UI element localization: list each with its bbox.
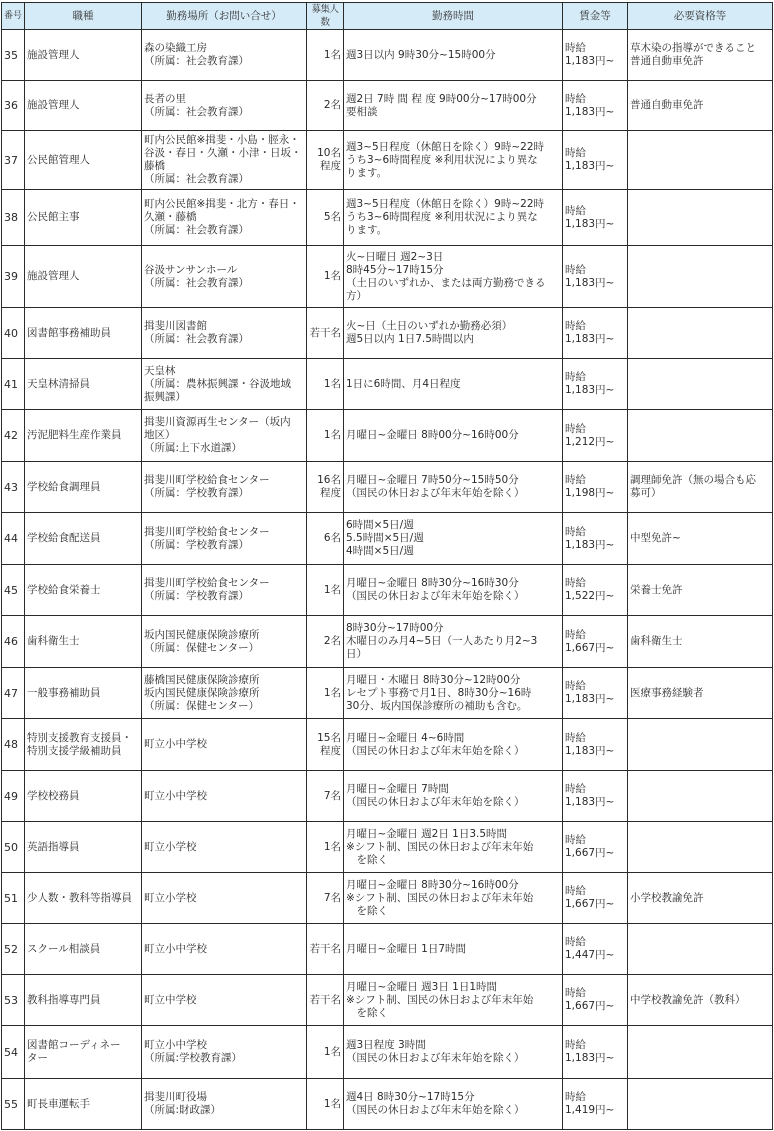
cell-requirements: 調理師免許（無の場合も応 募可） bbox=[628, 462, 773, 513]
cell-job-title: 汚泥肥料生産作業員 bbox=[25, 410, 142, 462]
cell-wage: 時給 1,183円~ bbox=[563, 131, 628, 190]
cell-number: 54 bbox=[2, 1026, 25, 1079]
cell-workplace: 揖斐川町学校給食センター （所属：学校教育課） bbox=[142, 462, 307, 513]
cell-workplace: 長者の里 （所属：社会教育課） bbox=[142, 81, 307, 131]
cell-wage: 時給 1,419円~ bbox=[563, 1079, 628, 1130]
table-row: 41天皇林清掃員天皇林 （所属：農林振興課・谷汲地域 振興課）1名1日に6時間、… bbox=[2, 359, 773, 410]
cell-number: 37 bbox=[2, 131, 25, 190]
cell-number: 44 bbox=[2, 513, 25, 565]
table-row: 54図書館コーディネー ター町立小中学校 （所属:学校教育課）1名週3日程度 3… bbox=[2, 1026, 773, 1079]
cell-openings: 1名 bbox=[307, 359, 344, 410]
cell-openings: 1名 bbox=[307, 30, 344, 81]
cell-job-title: 町長車運転手 bbox=[25, 1079, 142, 1130]
cell-job-title: 歯科衛生士 bbox=[25, 616, 142, 668]
cell-number: 49 bbox=[2, 771, 25, 822]
cell-number: 42 bbox=[2, 410, 25, 462]
cell-wage: 時給 1,522円~ bbox=[563, 565, 628, 616]
cell-work-hours: 火~日（土日のいずれか勤務必須） 週5日以内 1日7.5時間以内 bbox=[344, 308, 563, 359]
cell-number: 48 bbox=[2, 719, 25, 771]
table-header-row: 番号 職種 勤務場所（お問い合せ） 募集人数 勤務時間 賃金等 必要資格等 bbox=[2, 3, 773, 30]
cell-number: 53 bbox=[2, 975, 25, 1026]
cell-requirements: 中型免許~ bbox=[628, 513, 773, 565]
cell-number: 52 bbox=[2, 924, 25, 975]
table-body: 35施設管理人森の染織工房 （所属：社会教育課）1名週3日以内 9時30分~15… bbox=[2, 30, 773, 1130]
cell-number: 55 bbox=[2, 1079, 25, 1130]
cell-requirements bbox=[628, 246, 773, 308]
cell-requirements bbox=[628, 131, 773, 190]
header-number: 番号 bbox=[2, 3, 25, 30]
cell-work-hours: 6時間×5日/週 5.5時間×5日/週 4時間×5日/週 bbox=[344, 513, 563, 565]
cell-workplace: 藤橋国民健康保険診療所 坂内国民健康保険診療所 （所属：保健センター） bbox=[142, 668, 307, 719]
cell-openings: 若干名 bbox=[307, 924, 344, 975]
cell-workplace: 坂内国民健康保険診療所 （所属：保健センター） bbox=[142, 616, 307, 668]
cell-workplace: 町立小学校 bbox=[142, 822, 307, 873]
cell-workplace: 町立中学校 bbox=[142, 975, 307, 1026]
cell-number: 43 bbox=[2, 462, 25, 513]
cell-work-hours: 週3~5日程度（休館日を除く）9時~22時 うち3~6時間程度 ※利用状況により… bbox=[344, 131, 563, 190]
job-listing-table: 番号 職種 勤務場所（お問い合せ） 募集人数 勤務時間 賃金等 必要資格等 35… bbox=[1, 2, 773, 1130]
cell-job-title: 図書館コーディネー ター bbox=[25, 1026, 142, 1079]
cell-requirements bbox=[628, 410, 773, 462]
cell-requirements bbox=[628, 771, 773, 822]
cell-number: 45 bbox=[2, 565, 25, 616]
cell-openings: 若干名 bbox=[307, 975, 344, 1026]
cell-requirements: 歯科衛生士 bbox=[628, 616, 773, 668]
cell-workplace: 森の染織工房 （所属：社会教育課） bbox=[142, 30, 307, 81]
cell-work-hours: 月曜日~金曜日 7時50分~15時50分 （国民の休日および年末年始を除く） bbox=[344, 462, 563, 513]
table-row: 43学校給食調理員揖斐川町学校給食センター （所属：学校教育課）16名 程度月曜… bbox=[2, 462, 773, 513]
table-row: 36施設管理人長者の里 （所属：社会教育課）2名週2日 7時 間 程 度 9時0… bbox=[2, 81, 773, 131]
cell-openings: 1名 bbox=[307, 822, 344, 873]
cell-openings: 15名 程度 bbox=[307, 719, 344, 771]
cell-job-title: 図書館事務補助員 bbox=[25, 308, 142, 359]
cell-openings: 16名 程度 bbox=[307, 462, 344, 513]
cell-requirements bbox=[628, 308, 773, 359]
table-row: 55町長車運転手揖斐川町役場 （所属:財政課）1名週4日 8時30分~17時15… bbox=[2, 1079, 773, 1130]
cell-openings: 2名 bbox=[307, 81, 344, 131]
header-work-hours: 勤務時間 bbox=[344, 3, 563, 30]
cell-work-hours: 月曜日~金曜日 1日7時間 bbox=[344, 924, 563, 975]
cell-wage: 時給 1,447円~ bbox=[563, 924, 628, 975]
cell-number: 51 bbox=[2, 873, 25, 924]
cell-wage: 時給 1,183円~ bbox=[563, 359, 628, 410]
cell-job-title: 英語指導員 bbox=[25, 822, 142, 873]
cell-work-hours: 週3日程度 3時間 （国民の休日および年末年始を除く） bbox=[344, 1026, 563, 1079]
cell-workplace: 揖斐川町学校給食センター （所属：学校教育課） bbox=[142, 513, 307, 565]
cell-requirements: 栄養士免許 bbox=[628, 565, 773, 616]
table-row: 53教科指導専門員町立中学校若干名月曜日~金曜日 週3日 1日1時間 ※シフト制… bbox=[2, 975, 773, 1026]
cell-work-hours: 月曜日・木曜日 8時30分~12時00分 レセプト事務で月1日、8時30分~16… bbox=[344, 668, 563, 719]
table-row: 47一般事務補助員藤橋国民健康保険診療所 坂内国民健康保険診療所 （所属：保健セ… bbox=[2, 668, 773, 719]
cell-number: 35 bbox=[2, 30, 25, 81]
table-row: 49学校校務員町立小中学校7名月曜日~金曜日 7時間 （国民の休日および年末年始… bbox=[2, 771, 773, 822]
cell-number: 38 bbox=[2, 190, 25, 246]
cell-requirements: 医療事務経験者 bbox=[628, 668, 773, 719]
cell-openings: 7名 bbox=[307, 771, 344, 822]
cell-workplace: 町立小中学校 bbox=[142, 771, 307, 822]
cell-job-title: 施設管理人 bbox=[25, 30, 142, 81]
cell-requirements: 小学校教諭免許 bbox=[628, 873, 773, 924]
cell-number: 47 bbox=[2, 668, 25, 719]
cell-openings: 1名 bbox=[307, 410, 344, 462]
cell-job-title: 公民館管理人 bbox=[25, 131, 142, 190]
cell-requirements bbox=[628, 1079, 773, 1130]
cell-openings: 1名 bbox=[307, 668, 344, 719]
table-row: 46歯科衛生士坂内国民健康保険診療所 （所属：保健センター）2名8時30分~17… bbox=[2, 616, 773, 668]
table-row: 52スクール相談員町立小中学校若干名月曜日~金曜日 1日7時間 時給 1,447… bbox=[2, 924, 773, 975]
cell-workplace: 谷汲サンサンホール （所属：社会教育課） bbox=[142, 246, 307, 308]
cell-requirements: 中学校教諭免許（教科） bbox=[628, 975, 773, 1026]
cell-openings: 1名 bbox=[307, 1079, 344, 1130]
cell-requirements: 草木染の指導ができること 普通自動車免許 bbox=[628, 30, 773, 81]
cell-job-title: 一般事務補助員 bbox=[25, 668, 142, 719]
cell-job-title: 少人数・教科等指導員 bbox=[25, 873, 142, 924]
header-wage: 賃金等 bbox=[563, 3, 628, 30]
cell-work-hours: 月曜日~金曜日 7時間 （国民の休日および年末年始を除く） bbox=[344, 771, 563, 822]
table-row: 42汚泥肥料生産作業員揖斐川資源再生センター（坂内 地区） （所属:上下水道課）… bbox=[2, 410, 773, 462]
cell-wage: 時給 1,183円~ bbox=[563, 513, 628, 565]
cell-job-title: 学校給食栄養士 bbox=[25, 565, 142, 616]
cell-job-title: 公民館主事 bbox=[25, 190, 142, 246]
table-row: 51少人数・教科等指導員町立小学校7名月曜日~金曜日 8時30分~16時00分 … bbox=[2, 873, 773, 924]
cell-job-title: スクール相談員 bbox=[25, 924, 142, 975]
cell-number: 50 bbox=[2, 822, 25, 873]
cell-workplace: 町立小中学校 bbox=[142, 924, 307, 975]
cell-job-title: 学校給食調理員 bbox=[25, 462, 142, 513]
cell-number: 36 bbox=[2, 81, 25, 131]
header-job-title: 職種 bbox=[25, 3, 142, 30]
cell-work-hours: 週3日以内 9時30分~15時00分 bbox=[344, 30, 563, 81]
cell-work-hours: 週2日 7時 間 程 度 9時00分~17時00分 要相談 bbox=[344, 81, 563, 131]
table-row: 48特別支援教育支援員・ 特別支援学級補助員町立小中学校15名 程度月曜日~金曜… bbox=[2, 719, 773, 771]
cell-wage: 時給 1,198円~ bbox=[563, 462, 628, 513]
cell-number: 39 bbox=[2, 246, 25, 308]
cell-openings: 6名 bbox=[307, 513, 344, 565]
cell-work-hours: 8時30分~17時00分 木曜日のみ月4~5日（一人あたり月2~3 日） bbox=[344, 616, 563, 668]
header-workplace: 勤務場所（お問い合せ） bbox=[142, 3, 307, 30]
cell-requirements bbox=[628, 190, 773, 246]
cell-job-title: 天皇林清掃員 bbox=[25, 359, 142, 410]
table-row: 35施設管理人森の染織工房 （所属：社会教育課）1名週3日以内 9時30分~15… bbox=[2, 30, 773, 81]
cell-wage: 時給 1,183円~ bbox=[563, 771, 628, 822]
cell-wage: 時給 1,667円~ bbox=[563, 873, 628, 924]
cell-job-title: 学校校務員 bbox=[25, 771, 142, 822]
cell-wage: 時給 1,183円~ bbox=[563, 246, 628, 308]
cell-workplace: 揖斐川資源再生センター（坂内 地区） （所属:上下水道課） bbox=[142, 410, 307, 462]
cell-job-title: 施設管理人 bbox=[25, 81, 142, 131]
cell-workplace: 町立小中学校 bbox=[142, 719, 307, 771]
cell-work-hours: 週4日 8時30分~17時15分 （国民の休日および年末年始を除く） bbox=[344, 1079, 563, 1130]
cell-requirements: 普通自動車免許 bbox=[628, 81, 773, 131]
cell-openings: 若干名 bbox=[307, 308, 344, 359]
table-row: 50英語指導員町立小学校1名月曜日~金曜日 週2日 1日3.5時間 ※シフト制、… bbox=[2, 822, 773, 873]
cell-wage: 時給 1,667円~ bbox=[563, 822, 628, 873]
cell-work-hours: 週3~5日程度（休館日を除く）9時~22時 うち3~6時間程度 ※利用状況により… bbox=[344, 190, 563, 246]
cell-work-hours: 月曜日~金曜日 4~6時間 （国民の休日および年末年始を除く） bbox=[344, 719, 563, 771]
cell-job-title: 教科指導専門員 bbox=[25, 975, 142, 1026]
cell-openings: 1名 bbox=[307, 246, 344, 308]
table-row: 44学校給食配送員揖斐川町学校給食センター （所属：学校教育課）6名6時間×5日… bbox=[2, 513, 773, 565]
cell-work-hours: 月曜日~金曜日 8時30分~16時00分 ※シフト制、国民の休日および年末年始 … bbox=[344, 873, 563, 924]
cell-number: 41 bbox=[2, 359, 25, 410]
cell-wage: 時給 1,183円~ bbox=[563, 308, 628, 359]
cell-workplace: 揖斐川町学校給食センター （所属：学校教育課） bbox=[142, 565, 307, 616]
cell-work-hours: 月曜日~金曜日 週2日 1日3.5時間 ※シフト制、国民の休日および年末年始 を… bbox=[344, 822, 563, 873]
cell-wage: 時給 1,667円~ bbox=[563, 975, 628, 1026]
cell-job-title: 特別支援教育支援員・ 特別支援学級補助員 bbox=[25, 719, 142, 771]
cell-workplace: 天皇林 （所属：農林振興課・谷汲地域 振興課） bbox=[142, 359, 307, 410]
cell-wage: 時給 1,183円~ bbox=[563, 719, 628, 771]
cell-wage: 時給 1,183円~ bbox=[563, 81, 628, 131]
cell-wage: 時給 1,667円~ bbox=[563, 616, 628, 668]
table-row: 38公民館主事町内公民館※揖斐・北方・春日・ 久瀬・藤橋 （所属：社会教育課）5… bbox=[2, 190, 773, 246]
cell-workplace: 町立小中学校 （所属:学校教育課） bbox=[142, 1026, 307, 1079]
cell-job-title: 学校給食配送員 bbox=[25, 513, 142, 565]
cell-openings: 7名 bbox=[307, 873, 344, 924]
cell-work-hours: 月曜日~金曜日 週3日 1日1時間 ※シフト制、国民の休日および年末年始 を除く bbox=[344, 975, 563, 1026]
cell-work-hours: 月曜日~金曜日 8時00分~16時00分 bbox=[344, 410, 563, 462]
cell-wage: 時給 1,183円~ bbox=[563, 30, 628, 81]
cell-wage: 時給 1,212円~ bbox=[563, 410, 628, 462]
header-requirements: 必要資格等 bbox=[628, 3, 773, 30]
cell-openings: 1名 bbox=[307, 565, 344, 616]
cell-openings: 1名 bbox=[307, 1026, 344, 1079]
cell-requirements bbox=[628, 1026, 773, 1079]
cell-work-hours: 火~日曜日 週2~3日 8時45分~17時15分 （土日のいずれか、または両方勤… bbox=[344, 246, 563, 308]
cell-work-hours: 月曜日~金曜日 8時30分~16時30分 （国民の休日および年末年始を除く） bbox=[344, 565, 563, 616]
cell-workplace: 町内公民館※揖斐・小島・脛永・ 谷汲・春日・久瀬・小津・日坂・ 藤橋 （所属：社… bbox=[142, 131, 307, 190]
cell-openings: 2名 bbox=[307, 616, 344, 668]
table-row: 40図書館事務補助員揖斐川図書館 （所属：社会教育課）若干名火~日（土日のいずれ… bbox=[2, 308, 773, 359]
cell-job-title: 施設管理人 bbox=[25, 246, 142, 308]
cell-requirements bbox=[628, 359, 773, 410]
cell-wage: 時給 1,183円~ bbox=[563, 190, 628, 246]
cell-workplace: 揖斐川町役場 （所属:財政課） bbox=[142, 1079, 307, 1130]
header-openings: 募集人数 bbox=[307, 3, 344, 30]
cell-requirements bbox=[628, 719, 773, 771]
cell-requirements bbox=[628, 822, 773, 873]
cell-requirements bbox=[628, 924, 773, 975]
cell-number: 40 bbox=[2, 308, 25, 359]
cell-work-hours: 1日に6時間、月4日程度 bbox=[344, 359, 563, 410]
cell-openings: 10名 程度 bbox=[307, 131, 344, 190]
cell-workplace: 揖斐川図書館 （所属：社会教育課） bbox=[142, 308, 307, 359]
cell-wage: 時給 1,183円~ bbox=[563, 668, 628, 719]
table-row: 37公民館管理人町内公民館※揖斐・小島・脛永・ 谷汲・春日・久瀬・小津・日坂・ … bbox=[2, 131, 773, 190]
cell-openings: 5名 bbox=[307, 190, 344, 246]
cell-workplace: 町内公民館※揖斐・北方・春日・ 久瀬・藤橋 （所属：社会教育課） bbox=[142, 190, 307, 246]
cell-workplace: 町立小学校 bbox=[142, 873, 307, 924]
cell-number: 46 bbox=[2, 616, 25, 668]
table-row: 45学校給食栄養士揖斐川町学校給食センター （所属：学校教育課）1名月曜日~金曜… bbox=[2, 565, 773, 616]
cell-wage: 時給 1,183円~ bbox=[563, 1026, 628, 1079]
table-row: 39施設管理人谷汲サンサンホール （所属：社会教育課）1名火~日曜日 週2~3日… bbox=[2, 246, 773, 308]
